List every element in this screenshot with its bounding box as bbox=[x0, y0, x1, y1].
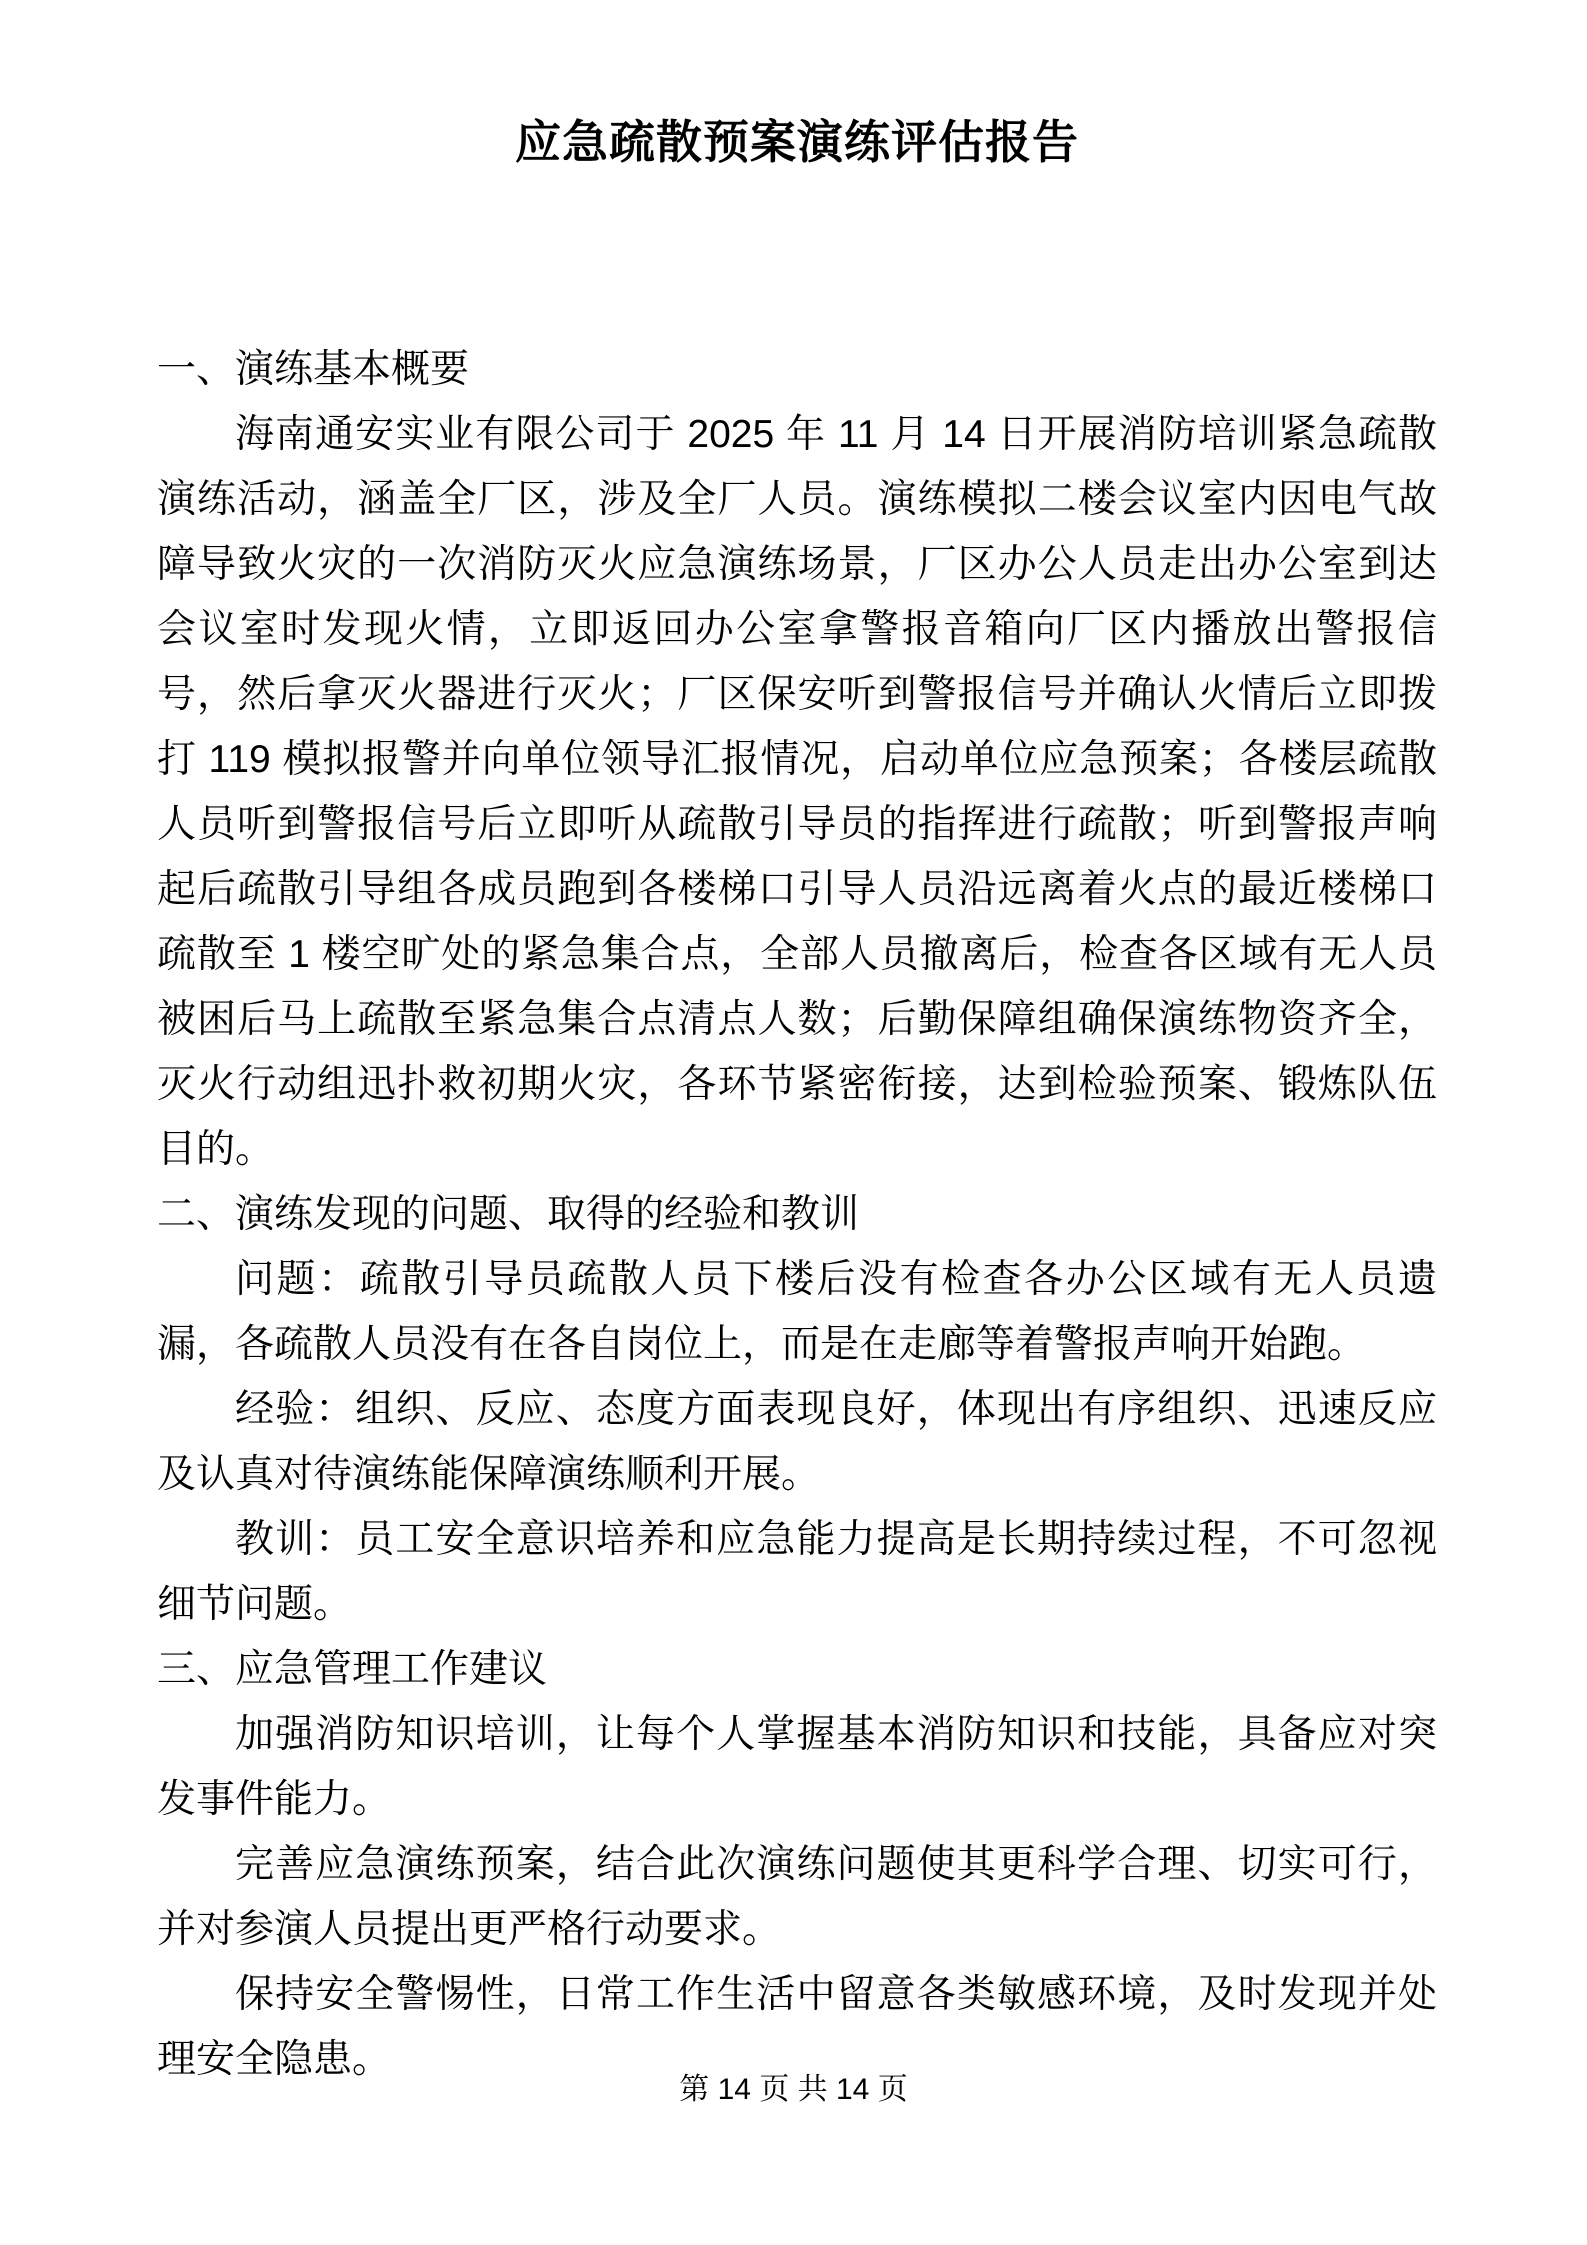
section-heading-overview: 一、演练基本概要 bbox=[157, 337, 1437, 402]
paragraph-lesson: 教训：员工安全意识培养和应急能力提高是长期持续过程，不可忽视细节问题。 bbox=[157, 1507, 1437, 1637]
paragraph-suggestion-training: 加强消防知识培训，让每个人掌握基本消防知识和技能，具备应对突发事件能力。 bbox=[157, 1702, 1437, 1832]
section-heading-problems: 二、演练发现的问题、取得的经验和教训 bbox=[157, 1182, 1437, 1247]
document-title: 应急疏散预案演练评估报告 bbox=[157, 112, 1437, 172]
paragraph-experience: 经验：组织、反应、态度方面表现良好，体现出有序组织、迅速反应及认真对待演练能保障… bbox=[157, 1377, 1437, 1507]
paragraph-overview: 海南通安实业有限公司于 2025 年 11 月 14 日开展消防培训紧急疏散演练… bbox=[157, 402, 1437, 1182]
paragraph-suggestion-plan: 完善应急演练预案，结合此次演练问题使其更科学合理、切实可行，并对参演人员提出更严… bbox=[157, 1832, 1437, 1962]
section-heading-suggestions: 三、应急管理工作建议 bbox=[157, 1637, 1437, 1702]
document-page: 应急疏散预案演练评估报告 一、演练基本概要 海南通安实业有限公司于 2025 年… bbox=[0, 0, 1587, 2245]
paragraph-problem: 问题：疏散引导员疏散人员下楼后没有检查各办公区域有无人员遗漏，各疏散人员没有在各… bbox=[157, 1247, 1437, 1377]
section-suggestions: 三、应急管理工作建议 加强消防知识培训，让每个人掌握基本消防知识和技能，具备应对… bbox=[157, 1637, 1437, 2092]
page-number-label: 第 14 页 共 14 页 bbox=[679, 2073, 907, 2106]
page-footer: 第 14 页 共 14 页 bbox=[0, 2072, 1587, 2108]
section-problems-experience-lessons: 二、演练发现的问题、取得的经验和教训 问题：疏散引导员疏散人员下楼后没有检查各办… bbox=[157, 1182, 1437, 1637]
section-drill-overview: 一、演练基本概要 海南通安实业有限公司于 2025 年 11 月 14 日开展消… bbox=[157, 337, 1437, 1182]
